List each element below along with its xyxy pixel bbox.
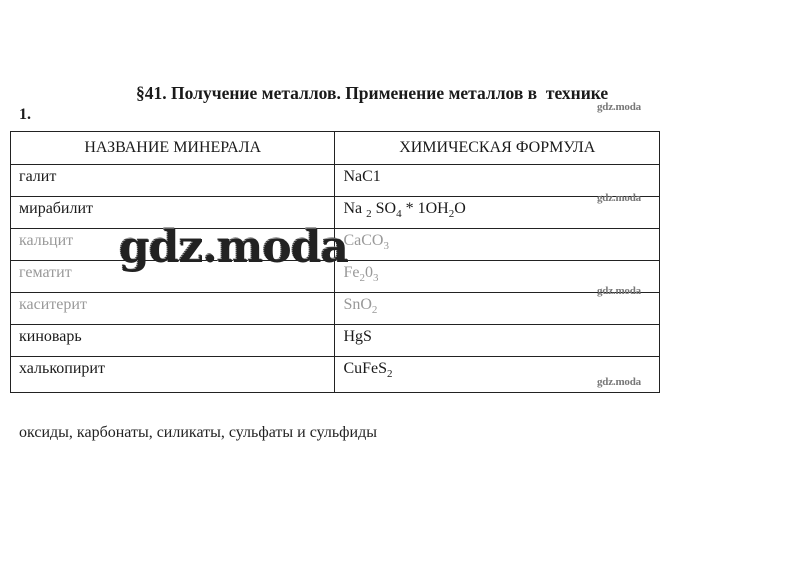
watermark: gdz.moda bbox=[597, 192, 641, 204]
mineral-name: киноварь bbox=[11, 325, 335, 357]
table-row: каситерит SnO2 bbox=[11, 293, 660, 325]
mineral-name: халькопирит bbox=[11, 357, 335, 393]
mineral-name: галит bbox=[11, 165, 335, 197]
table-row: киноварь HgS bbox=[11, 325, 660, 357]
table-header-row: НАЗВАНИЕ МИНЕРАЛА ХИМИЧЕСКАЯ ФОРМУЛА bbox=[11, 132, 660, 165]
mineral-name: каситерит bbox=[11, 293, 335, 325]
watermark-large: gdz.moda bbox=[118, 221, 347, 272]
table-row: халькопирит CuFeS2 bbox=[11, 357, 660, 393]
answer-text: оксиды, карбонаты, силикаты, сульфаты и … bbox=[19, 424, 377, 442]
task-number: 1. bbox=[19, 106, 31, 124]
watermark: gdz.moda bbox=[597, 285, 641, 297]
mineral-formula: SnO2 bbox=[335, 293, 660, 325]
page-title: §41. Получение металлов. Применение мета… bbox=[136, 83, 608, 104]
watermark: gdz.moda bbox=[597, 101, 641, 113]
watermark: gdz.moda bbox=[597, 376, 641, 388]
mineral-formula: HgS bbox=[335, 325, 660, 357]
mineral-formula: CaCO3 bbox=[335, 229, 660, 261]
header-mineral-name: НАЗВАНИЕ МИНЕРАЛА bbox=[11, 132, 335, 165]
header-chemical-formula: ХИМИЧЕСКАЯ ФОРМУЛА bbox=[335, 132, 660, 165]
table-row: галит NaC1 bbox=[11, 165, 660, 197]
